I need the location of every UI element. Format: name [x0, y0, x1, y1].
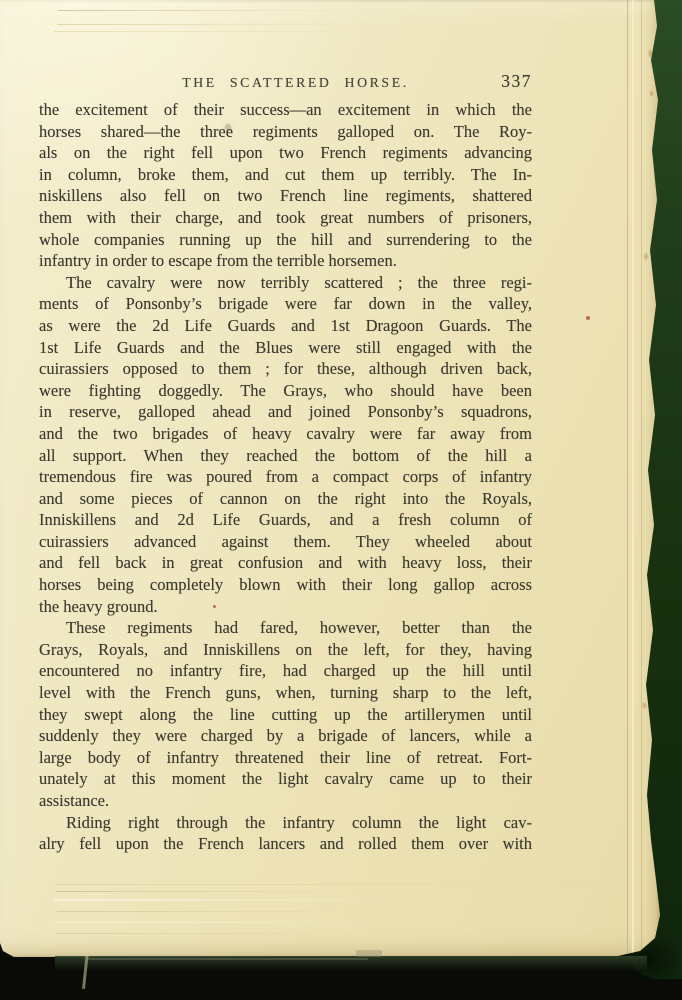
text-line: 1st Life Guards and the Blues were still…	[39, 337, 532, 359]
foxing-spot	[640, 700, 649, 711]
text-line: cuirassiers advanced against them. They …	[39, 531, 532, 553]
text-line: horses being completely blown with their…	[39, 574, 532, 596]
foxing-spot	[642, 250, 650, 263]
text-line: ments of Ponsonby’s brigade were far dow…	[39, 293, 532, 315]
text-line: in reserve, galloped ahead and joined Po…	[39, 401, 532, 423]
text-line: and some pieces of cannon on the right i…	[39, 488, 532, 510]
text-line: as were the 2d Life Guards and 1st Drago…	[39, 315, 532, 337]
page-stack-line	[54, 943, 574, 944]
page-stack-line	[54, 31, 394, 32]
text-line: them with their charge, and took great n…	[39, 207, 532, 229]
page-stack-line	[57, 24, 357, 25]
page-header: THE SCATTERED HORSE. 337	[39, 71, 532, 97]
text-line: tremendous fire was poured from a compac…	[39, 466, 532, 488]
page-stack-line	[56, 933, 356, 934]
photo-scene: THE SCATTERED HORSE. 337 the excitement …	[0, 0, 682, 1000]
page-edge-line	[632, 0, 634, 957]
text-line: the excitement of their success—an excit…	[39, 99, 532, 121]
text-line: encountered no infantry fire, had charge…	[39, 660, 532, 682]
text-line: whole companies running up the hill and …	[39, 229, 532, 251]
text-line: niskillens also fell on two French line …	[39, 185, 532, 207]
cover-edge-highlight	[88, 958, 368, 960]
page-edge-line	[627, 0, 628, 957]
text-line: als on the right fell upon two French re…	[39, 142, 532, 164]
text-line: suddenly they were charged by a brigade …	[39, 725, 532, 747]
body-text: the excitement of their success—an excit…	[39, 99, 532, 855]
text-line: large body of infantry threatened their …	[39, 747, 532, 769]
foxing-spot	[648, 88, 655, 99]
text-line: they swept along the line cutting up the…	[39, 704, 532, 726]
cover-edge-detail	[356, 950, 382, 957]
text-line: infantry in order to escape from the ter…	[39, 250, 532, 272]
page-stack-line	[54, 4, 314, 6]
text-line: Grays, Royals, and Inniskillens on the l…	[39, 639, 532, 661]
text-line: and fell back in great confusion and wit…	[39, 552, 532, 574]
text-line: Inniskillens and 2d Life Guards, and a f…	[39, 509, 532, 531]
text-line: and the two brigades of heavy cavalry we…	[39, 423, 532, 445]
page-stack-line	[57, 911, 367, 912]
text-line: unately at this moment the light cavalry…	[39, 768, 532, 790]
page-number: 337	[501, 71, 532, 92]
page-stack-line	[58, 10, 368, 11]
text-line: all support. When they reached the botto…	[39, 445, 532, 467]
text-line: were fighting doggedly. The Grays, who s…	[39, 380, 532, 402]
text-line: Riding right through the infantry column…	[39, 812, 532, 834]
book-page: THE SCATTERED HORSE. 337 the excitement …	[0, 0, 662, 957]
text-line: assistance.	[39, 790, 532, 812]
page-stack-line	[56, 884, 616, 885]
text-line: level with the French guns, when, turnin…	[39, 682, 532, 704]
text-line: the heavy ground.	[39, 596, 532, 618]
page-stack-line	[54, 17, 404, 19]
text-line: These regiments had fared, however, bett…	[39, 617, 532, 639]
running-title: THE SCATTERED HORSE.	[182, 75, 409, 91]
page-stack-line	[54, 921, 384, 923]
page-edge-line	[641, 0, 642, 957]
page-stack-line	[56, 891, 356, 892]
text-line: horses shared—the three regiments gallop…	[39, 121, 532, 143]
book-photo: { "document": { "running_title": "THE SC…	[0, 0, 682, 1000]
text-line: alry fell upon the French lancers and ro…	[39, 833, 532, 855]
page-stack-line	[54, 899, 394, 901]
text-line: The cavalry were now terribly scattered …	[39, 272, 532, 294]
red-speck	[586, 316, 590, 320]
text-line: cuirassiers opposed to them ; for these,…	[39, 358, 532, 380]
text-line: in column, broke them, and cut them up t…	[39, 164, 532, 186]
